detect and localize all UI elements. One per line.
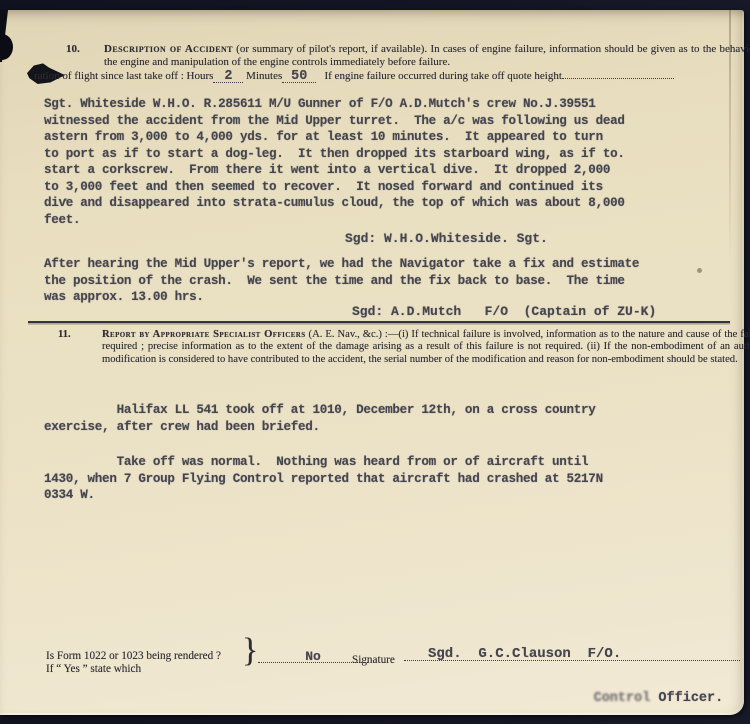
typed-line: After hearing the Mid Upper's report, we… [44,256,639,273]
typed-line: Halifax LL 541 took off at 1010, Decembe… [44,402,596,419]
duration-label-prefix: ration of flight since last take off : H… [34,70,213,82]
takeoff-paragraph: Halifax LL 541 took off at 1010, Decembe… [44,402,596,435]
typed-line: witnessed the accident from the Mid Uppe… [44,113,625,130]
captain-report-paragraph: After hearing the Mid Upper's report, we… [44,256,639,306]
section-10-number: 10. [66,43,80,56]
captain-signature: Sgd: A.D.Mutch F/O (Captain of ZU-K) [352,304,656,319]
scanned-document-photo: 10. Description of Accident (or summary … [0,0,750,724]
section-10-heading: 10. Description of Accident (or summary … [66,43,750,69]
officer-designation: Control Officer. [545,676,723,721]
paper-speck [697,268,702,273]
brace-glyph: } [242,644,258,657]
typed-line: 1430, when 7 Group Flying Control report… [44,471,603,488]
height-leader-line [562,68,674,79]
typed-line: the position of the crash. We sent the t… [44,273,639,290]
form-question-line-2: If “ Yes ” state which [46,663,141,676]
typed-line: exercise, after crew had been briefed. [44,419,596,436]
typed-line: to 3,000 feet and then seemed to recover… [44,179,625,196]
duration-label-suffix: If engine failure occurred during take o… [324,70,561,82]
typed-line: 0334 W. [44,487,603,504]
minutes-label: Minutes [246,70,282,82]
typed-line: to port as if to start a dog-leg. It the… [44,146,625,163]
typed-line: Sgt. Whiteside W.H.O. R.285611 M/U Gunne… [44,96,625,113]
minutes-value-field: 50 [282,71,316,83]
section-divider-rule [28,321,730,323]
section-10-title: Description of Accident [104,43,233,55]
section-11-number: 11. [58,329,71,341]
officer-designation-suffix: Officer. [658,691,723,706]
typed-line: start a corkscrew. From there it went in… [44,162,625,179]
section-11-heading: 11. Report by Appropriate Specialist Off… [58,329,750,366]
paper-sheet: 10. Description of Accident (or summary … [0,10,744,715]
officer-designation-prefix: Control [594,691,659,706]
typed-line: dive and disappeared into strata-cumulus… [44,195,625,212]
witness-report-paragraph: Sgt. Whiteside W.H.O. R.285611 M/U Gunne… [44,96,625,228]
crash-report-paragraph: Take off was normal. Nothing was heard f… [44,454,603,504]
typed-line: feet. [44,212,625,229]
duration-of-flight-line: ration of flight since last take off : H… [34,68,674,83]
typed-line: Take off was normal. Nothing was heard f… [44,454,603,471]
hole-punch-mark [0,34,13,60]
form-question-line-1: Is Form 1022 or 1023 being rendered ? [46,650,221,663]
witness-signature: Sgd: W.H.O.Whiteside. Sgt. [345,231,548,246]
typed-line: astern from 3,000 to 4,000 yds. for at l… [44,129,625,146]
section-11-title: Report by Appropriate Specialist Officer… [102,329,306,340]
signature-label: Signature [352,654,395,667]
signature-field: Sgd. G.C.Clauson F/O. [404,649,740,661]
hours-value-field: 2 [213,71,243,83]
